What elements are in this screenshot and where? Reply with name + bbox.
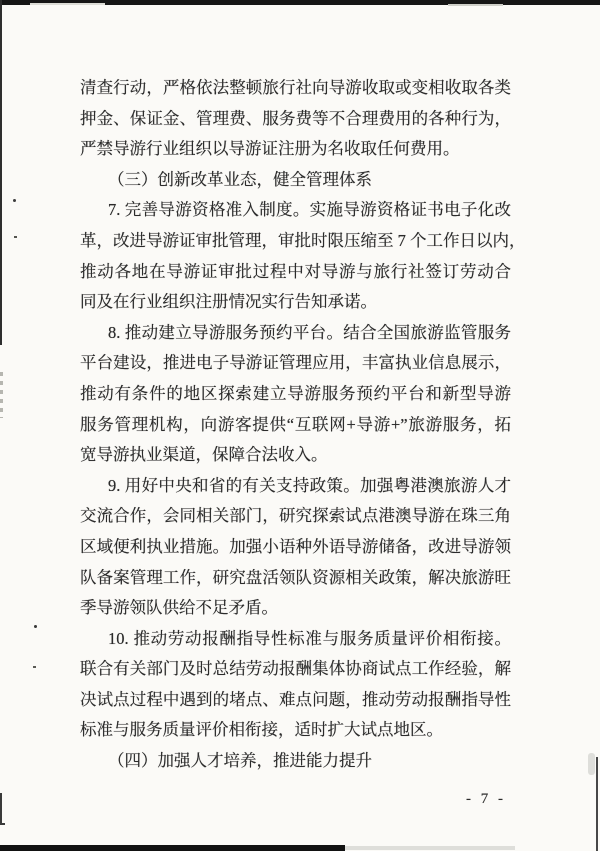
scan-left-rough-marks	[0, 372, 3, 418]
paragraph: 10. 推动劳动报酬指导性标准与服务质量评价相衔接。 联合有关部门及时总结劳动报…	[80, 624, 511, 746]
text-line: 决试点过程中遇到的堵点、难点问题，推动劳动报酬指导性	[80, 685, 511, 716]
text-line: 服务管理机构，向游客提供“互联网+导游+”旅游服务，拓	[80, 410, 511, 441]
text-line: 押金、保证金、管理费、服务费等不合理费用的各种行为，	[80, 104, 511, 135]
scan-bottom-left-mark	[0, 823, 5, 825]
scanned-document-page: 清查行动，严格依法整顿旅行社向导游收取或变相收取各类 押金、保证金、管理费、服务…	[0, 0, 600, 851]
text-line: 革，改进导游证审批管理，审批时限压缩至 7 个工作日以内，	[80, 226, 511, 257]
text-line: 队备案管理工作，研究盘活领队资源相关政策，解决旅游旺	[80, 563, 511, 594]
text-line: 平台建设，推进电子导游证管理应用，丰富执业信息展示，	[80, 348, 511, 379]
text-line: 标准与服务质量评价相衔接，适时扩大试点地区。	[80, 715, 511, 746]
text-line: 10. 推动劳动报酬指导性标准与服务质量评价相衔接。	[80, 624, 511, 655]
scan-edge-right	[596, 757, 598, 851]
text-line: 8. 推动建立导游服务预约平台。结合全国旅游监管服务	[80, 318, 511, 349]
scan-edge-left	[0, 0, 2, 345]
text-line: 区域便利执业措施。加强小语种外语导游储备，改进导游领	[80, 532, 511, 563]
text-line: 9. 用好中央和省的有关支持政策。加强粤港澳旅游人才	[80, 471, 511, 502]
scan-speck	[13, 199, 16, 202]
paragraph: 7. 完善导游资格准入制度。实施导游资格证书电子化改 革，改进导游证审批管理，审…	[80, 195, 511, 317]
section-heading: （三）创新改革业态，健全管理体系	[80, 165, 511, 196]
section-heading: （四）加强人才培养，推进能力提升	[80, 746, 511, 777]
text-line: 严禁导游行业组织以导游证注册为名收取任何费用。	[80, 134, 511, 165]
scan-speck	[34, 625, 37, 628]
text-line: 宽导游执业渠道，保障合法收入。	[80, 440, 511, 471]
scan-smudge	[588, 753, 595, 775]
scan-edge-bottom	[0, 845, 345, 851]
paragraph: 9. 用好中央和省的有关支持政策。加强粤港澳旅游人才 交流合作，会同相关部门，研…	[80, 471, 511, 624]
paragraph: 清查行动，严格依法整顿旅行社向导游收取或变相收取各类 押金、保证金、管理费、服务…	[80, 73, 511, 165]
text-line: 季导游领队供给不足矛盾。	[80, 593, 511, 624]
scan-edge-bottom-fade	[345, 846, 515, 850]
heading-line: （四）加强人才培养，推进能力提升	[80, 746, 511, 777]
text-line: 联合有关部门及时总结劳动报酬集体协商试点工作经验，解	[80, 654, 511, 685]
text-line: 同及在行业组织注册情况实行告知承诺。	[80, 287, 511, 318]
scan-edge-top-gap	[448, 4, 503, 6]
text-line: 推动各地在导游证审批过程中对导游与旅行社签订劳动合	[80, 257, 511, 288]
text-line: 交流合作，会同相关部门，研究探索试点港澳导游在珠三角	[80, 501, 511, 532]
scan-edge-top-gap	[30, 3, 105, 5]
heading-line: （三）创新改革业态，健全管理体系	[80, 165, 511, 196]
text-line: 清查行动，严格依法整顿旅行社向导游收取或变相收取各类	[80, 73, 511, 104]
paragraph: 8. 推动建立导游服务预约平台。结合全国旅游监管服务 平台建设，推进电子导游证管…	[80, 318, 511, 471]
scan-speck	[14, 236, 17, 238]
text-line: 7. 完善导游资格准入制度。实施导游资格证书电子化改	[80, 195, 511, 226]
page-number: - 7 -	[466, 791, 506, 808]
scan-speck	[33, 666, 36, 668]
text-line: 推动有条件的地区探索建立导游服务预约平台和新型导游	[80, 379, 511, 410]
scan-bottom-left-mark	[0, 793, 2, 825]
document-body: 清查行动，严格依法整顿旅行社向导游收取或变相收取各类 押金、保证金、管理费、服务…	[80, 73, 511, 777]
